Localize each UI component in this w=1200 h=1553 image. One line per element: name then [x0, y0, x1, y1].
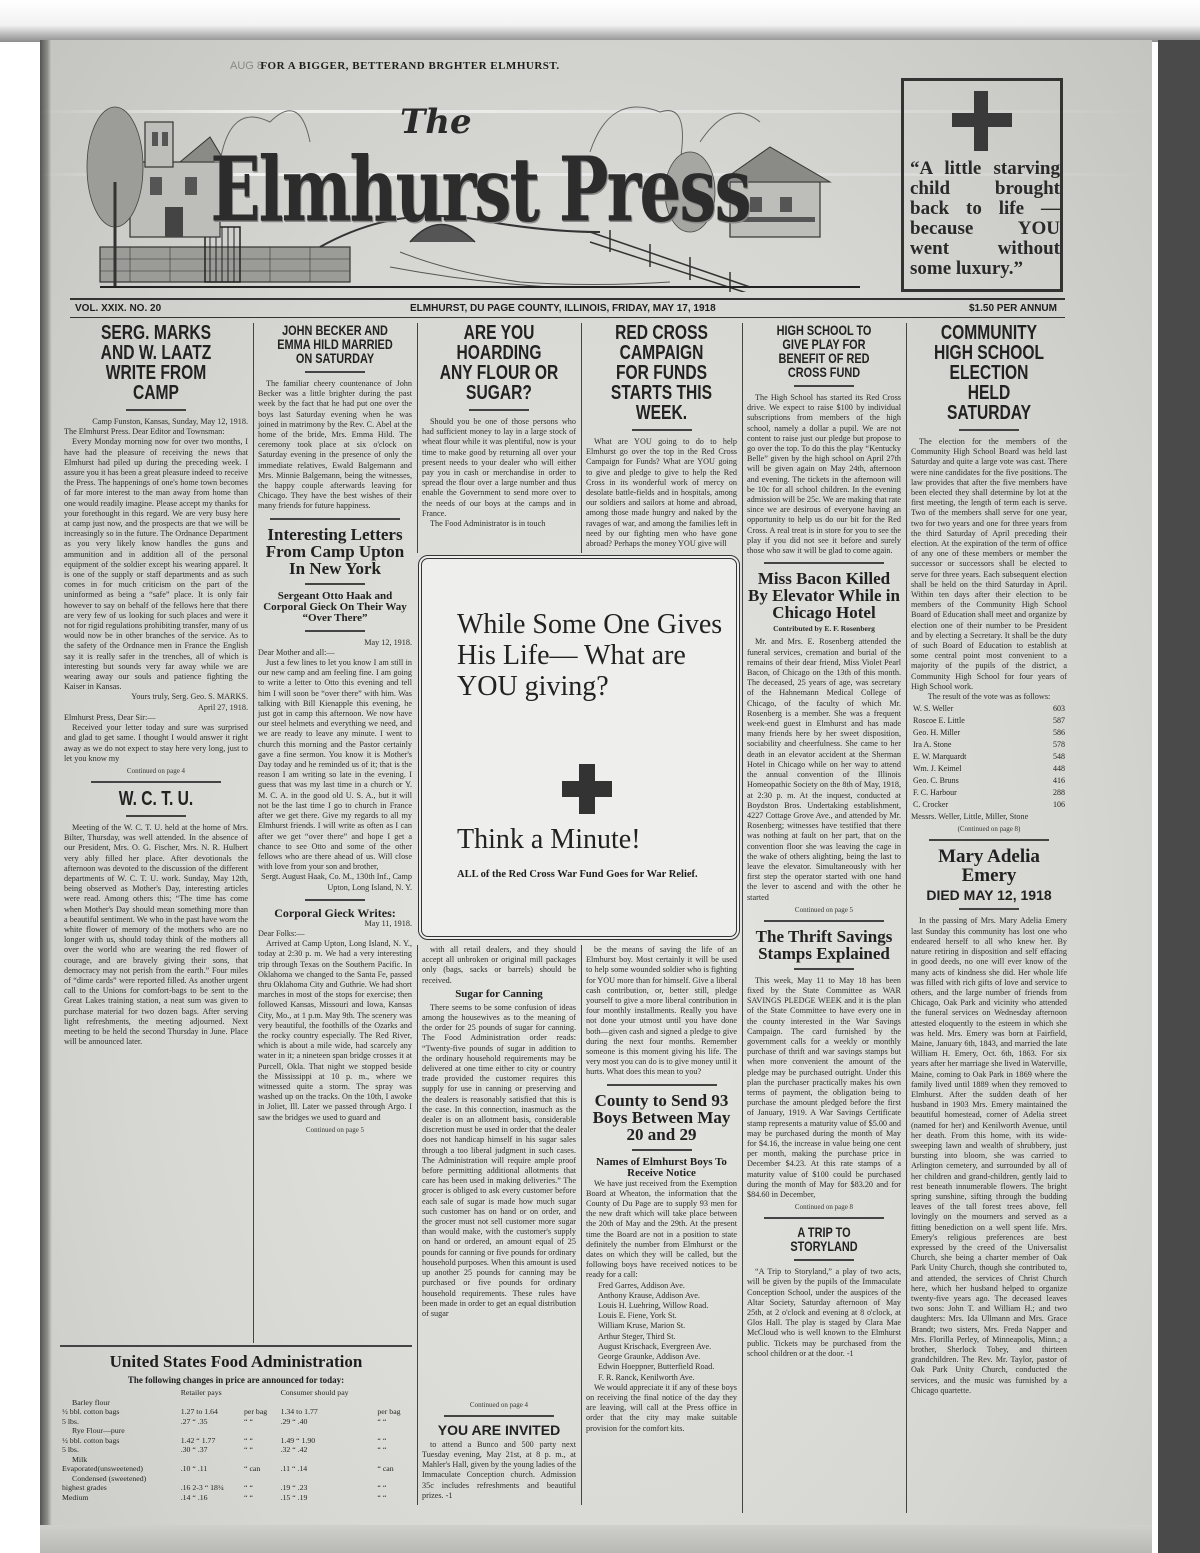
article-body: Every Monday morning now for over two mo…	[64, 437, 248, 692]
subhead: DIED MAY 12, 1918	[911, 888, 1067, 902]
red-cross-war-fund-ad: While Some One Gives His Life— What are …	[418, 555, 740, 940]
gieck-body: Arrived at Camp Upton, Long Island, N. Y…	[258, 939, 412, 1123]
column-3-top: ARE YOU HOARDING ANY FLOUR OR SUGAR? Sho…	[417, 323, 580, 553]
article-invited: YOU ARE INVITED to attend a Bunco and 50…	[422, 1423, 576, 1501]
location-date: ELMHURST, DU PAGE COUNTY, ILLINOIS, FRID…	[410, 303, 716, 314]
article-storyland: A TRIP TO STORYLAND “A Trip to Storyland…	[747, 1225, 901, 1359]
headline: COMMUNITY HIGH SCHOOL ELECTION HELD SATU…	[928, 323, 1050, 423]
dateline: Camp Funston, Kansas, Sunday, May 12, 19…	[64, 417, 248, 427]
article-body: The election for the members of the Comm…	[911, 437, 1067, 692]
notice-title: United States Food Administration	[60, 1352, 412, 1372]
list-item: Louis E. Fiene, York St.	[598, 1311, 737, 1321]
continued-note: Continued on page 4	[64, 767, 248, 775]
list-item: Edwin Hoeppner, Butterfield Road.	[598, 1362, 737, 1372]
article-county-93: County to Send 93 Boys Between May 20 an…	[586, 1092, 737, 1434]
table-row: Milk	[60, 1455, 412, 1465]
headline: Interesting Letters From Camp Upton In N…	[258, 526, 412, 577]
continued-note: Continued on page 4	[422, 1401, 576, 1409]
red-cross-icon	[562, 764, 612, 814]
table-row: Rye Flour—pure	[60, 1426, 412, 1436]
table-row: Condensed (sweetened)	[60, 1474, 412, 1484]
article-body: Just a few lines to let you know I am st…	[258, 658, 412, 872]
column-2: JOHN BECKER AND EMMA HILD MARRIED ON SAT…	[253, 323, 416, 1343]
table-row: W. S. Weller603	[913, 704, 1065, 714]
ear-ad-quote: “A little starving child brought back to…	[910, 159, 1060, 279]
list-item: August Krischack, Evergreen Ave.	[598, 1342, 737, 1352]
subhead: Names of Elmhurst Boys To Receive Notice	[586, 1157, 737, 1179]
headline: Mary Adelia Emery	[911, 847, 1067, 885]
article-body: to attend a Bunco and 500 party next Tue…	[422, 1440, 576, 1501]
headline: YOU ARE INVITED	[422, 1423, 576, 1437]
ad-tagline: Think a Minute!	[457, 824, 641, 856]
motto: FOR A BIGGER, BETTERAND BRGHTER ELMHURST…	[190, 60, 630, 72]
signoff: Yours truly, Serg. Geo. S. MARKS.	[64, 692, 248, 702]
article-body: We have just received from the Exemption…	[586, 1179, 737, 1281]
article-body: “A Trip to Storyland,” a play of two act…	[747, 1267, 901, 1359]
campaign-continued-body: be the means of saving the life of an El…	[586, 945, 737, 1078]
continued-note: Continued on page 5	[747, 906, 901, 914]
scan-top-edge	[0, 0, 1200, 42]
table-row: Ira A. Stone578	[913, 740, 1065, 750]
column-6: COMMUNITY HIGH SCHOOL ELECTION HELD SATU…	[906, 323, 1071, 1513]
gieck-headline: Corporal Gieck Writes:	[258, 907, 412, 919]
continued-note: Continued on page 8	[747, 1203, 901, 1211]
article-body: The familiar cheery countenance of John …	[258, 379, 412, 512]
table-row: Barley flour	[60, 1398, 412, 1408]
table-row: 5 lbs..30 “ .37“ “.32 “ .42“ “	[60, 1445, 412, 1455]
column-4-top: RED CROSS CAMPAIGN FOR FUNDS STARTS THIS…	[581, 323, 741, 553]
vote-outro: Messrs. Weller, Little, Miller, Stone	[911, 812, 1067, 822]
table-row: ½ bbl. cotton bags1.42 “ 1.77“ “1.49 “ 1…	[60, 1436, 412, 1446]
scan-left-edge	[40, 40, 52, 1553]
article-body: Mr. and Mrs. E. Rosenberg attended the f…	[747, 637, 901, 902]
list-item: Anthony Krause, Addison Ave.	[598, 1291, 737, 1301]
table-row: Evaporated(unsweetened).10 “ .11“ can.11…	[60, 1464, 412, 1474]
headline: W. C. T. U.	[84, 789, 228, 809]
list-item: George Graunke, Addison Ave.	[598, 1352, 737, 1362]
hoarding-continued-body: with all retail dealers, and they should…	[422, 945, 576, 986]
second-salutation: Elmhurst Press, Dear Sir:—	[64, 713, 248, 723]
article-becker-hild: JOHN BECKER AND EMMA HILD MARRIED ON SAT…	[258, 323, 412, 512]
salutation: The Elmhurst Press. Dear Editor and Town…	[64, 427, 248, 437]
table-row: E. W. Marquardt548	[913, 752, 1065, 762]
scan-right-edge	[1158, 40, 1200, 1553]
continued-note: (Continued on page 8)	[911, 825, 1067, 833]
headline: HIGH SCHOOL TO GIVE PLAY FOR BENEFIT OF …	[764, 323, 884, 379]
signoff: Sergt. August Haak, Co. M., 130th Inf., …	[258, 872, 412, 892]
headline: Miss Bacon Killed By Elevator While in C…	[747, 570, 901, 621]
article-emery: Mary Adelia Emery DIED MAY 12, 1918 In t…	[911, 847, 1067, 1396]
salutation: Dear Mother and all:—	[258, 648, 412, 658]
sugar-subhead: Sugar for Canning	[422, 989, 576, 1000]
column-3-bottom: with all retail dealers, and they should…	[417, 945, 580, 1505]
headline: JOHN BECKER AND EMMA HILD MARRIED ON SAT…	[275, 323, 395, 365]
red-cross-icon	[952, 91, 1012, 151]
headline: A TRIP TO STORYLAND	[764, 1225, 884, 1253]
gieck-date: May 11, 1918.	[258, 919, 412, 929]
masthead-illustration: The Elmhurst Press	[70, 82, 900, 292]
list-item: Arthur Steger, Third St.	[598, 1332, 737, 1342]
article-body: Should you be one of those persons who h…	[422, 417, 576, 519]
scan-bottom-edge	[40, 1525, 1152, 1553]
second-date: April 27, 1918.	[64, 703, 248, 713]
nameplate: Elmhurst Press	[200, 137, 760, 242]
list-item: Louis H. Luehring, Willow Road.	[598, 1301, 737, 1311]
headline: SERG. MARKS AND W. LAATZ WRITE FROM CAMP	[84, 323, 228, 403]
table-row: C. Crocker106	[913, 800, 1065, 810]
table-row: 5 lbs..27 “ .35“ “.29 “ .40“ “	[60, 1417, 412, 1427]
table-row: Geo. H. Miller586	[913, 728, 1065, 738]
nameplate-small: The	[400, 102, 472, 142]
dateline-bar: VOL. XXIX. NO. 20 ELMHURST, DU PAGE COUN…	[70, 298, 1065, 318]
closing-body: We would appreciate it if any of these b…	[586, 1383, 737, 1434]
table-row: Wm. J. Keimel448	[913, 764, 1065, 774]
article-election: COMMUNITY HIGH SCHOOL ELECTION HELD SATU…	[911, 323, 1067, 833]
article-body: What are YOU going to do to help Elmhurs…	[586, 437, 737, 549]
article-marks-laatz: SERG. MARKS AND W. LAATZ WRITE FROM CAMP…	[64, 323, 248, 775]
table-row: Medium.14 “ .16“ “.15 “ .19“ “	[60, 1493, 412, 1503]
table-row: Geo. C. Bruns416	[913, 776, 1065, 786]
headline: The Thrift Savings Stamps Explained	[747, 928, 901, 962]
article-body: This week, May 11 to May 18 has been fix…	[747, 976, 901, 1200]
headline: County to Send 93 Boys Between May 20 an…	[586, 1092, 737, 1143]
newspaper-page: AUG 8 FOR A BIGGER, BETTERAND BRGHTER EL…	[40, 40, 1152, 1553]
vote-intro: The result of the vote was as follows:	[911, 692, 1067, 702]
vote-results-table: W. S. Weller603 Roscoe E. Little587 Geo.…	[911, 702, 1067, 812]
byline: Contributed by E. F. Rosenberg	[747, 624, 901, 634]
ad-headline: While Some One Gives His Life— What are …	[457, 609, 727, 702]
notice-subtitle: The following changes in price are annou…	[60, 1375, 412, 1385]
continued-note: Continued on page 5	[258, 1126, 412, 1134]
column-5: HIGH SCHOOL TO GIVE PLAY FOR BENEFIT OF …	[742, 323, 905, 1513]
list-item: William Kruse, Marion St.	[598, 1321, 737, 1331]
table-row: highest grades.16 2-3 “ 18¼“ “.19 “ .23“…	[60, 1483, 412, 1493]
gieck-salutation: Dear Folks:—	[258, 929, 412, 939]
table-row: ½ bbl. cotton bags1.27 to 1.64per bag1.3…	[60, 1407, 412, 1417]
headline: ARE YOU HOARDING ANY FLOUR OR SUGAR?	[439, 323, 559, 403]
article-body: The High School has started its Red Cros…	[747, 393, 901, 556]
price-table: Retailer pays Consumer should pay Barley…	[60, 1388, 412, 1502]
table-row: Roscoe E. Little587	[913, 716, 1065, 726]
red-cross-ear-ad: “A little starving child brought back to…	[901, 78, 1063, 292]
article-red-cross-campaign: RED CROSS CAMPAIGN FOR FUNDS STARTS THIS…	[586, 323, 737, 549]
article-hoarding: ARE YOU HOARDING ANY FLOUR OR SUGAR? Sho…	[422, 323, 576, 529]
list-item: F. R. Ranck, Kenilworth Ave.	[598, 1373, 737, 1383]
article-hs-play: HIGH SCHOOL TO GIVE PLAY FOR BENEFIT OF …	[747, 323, 901, 556]
ad-fine-print: ALL of the Red Cross War Fund Goes for W…	[457, 869, 707, 881]
column-4-bottom: be the means of saving the life of an El…	[581, 945, 741, 1505]
article-signoff: The Food Administrator is in touch	[422, 519, 576, 529]
article-body: Meeting of the W. C. T. U. held at the h…	[64, 823, 248, 1047]
subscription-price: $1.50 PER ANNUM	[969, 303, 1057, 314]
article-body: In the passing of Mrs. Mary Adelia Emery…	[911, 916, 1067, 1396]
food-administration-notice: United States Food Administration The fo…	[60, 1345, 412, 1520]
sugar-body: There seems to be some confusion of idea…	[422, 1003, 576, 1319]
letter-date: May 12, 1918.	[258, 638, 412, 648]
article-thrift: The Thrift Savings Stamps Explained This…	[747, 928, 901, 1211]
volume-number: VOL. XXIX. NO. 20	[75, 303, 161, 314]
subhead: Sergeant Otto Haak and Corporal Gieck On…	[258, 591, 412, 624]
article-miss-bacon: Miss Bacon Killed By Elevator While in C…	[747, 570, 901, 913]
article-wctu: W. C. T. U. Meeting of the W. C. T. U. h…	[64, 789, 248, 1047]
table-header-row: Retailer pays Consumer should pay	[60, 1388, 412, 1398]
headline: RED CROSS CAMPAIGN FOR FUNDS STARTS THIS…	[603, 323, 721, 423]
article-camp-upton: Interesting Letters From Camp Upton In N…	[258, 526, 412, 1134]
column-1: SERG. MARKS AND W. LAATZ WRITE FROM CAMP…	[60, 323, 252, 1343]
names-list: Fred Garres, Addison Ave. Anthony Krause…	[586, 1281, 737, 1383]
second-body: Received your letter today and sure was …	[64, 723, 248, 764]
table-row: F. C. Harbour288	[913, 788, 1065, 798]
list-item: Fred Garres, Addison Ave.	[598, 1281, 737, 1291]
